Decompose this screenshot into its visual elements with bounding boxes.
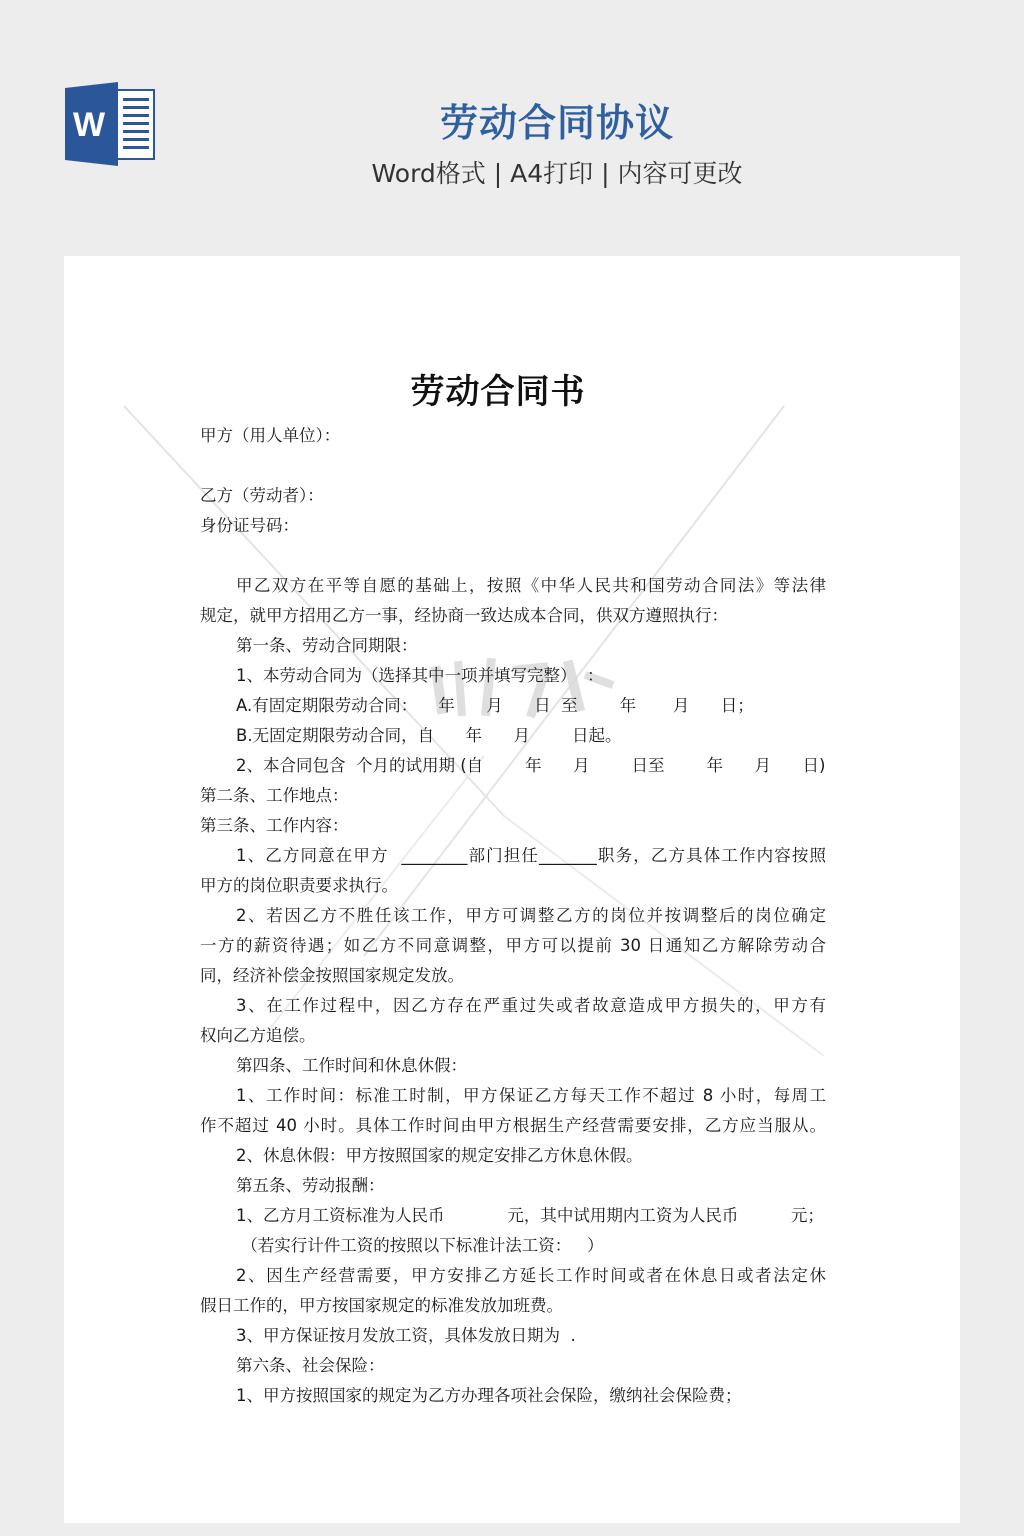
article-6-heading: 第六条、社会保险： [200, 1351, 826, 1381]
article-3-item-3: 3、在工作过程中，因乙方存在严重过失或者故意造成甲方损失的，甲方有 [200, 991, 826, 1021]
blank-line [200, 541, 826, 571]
article-5-item-1: 1、乙方月工资标准为人民币 元，其中试用期内工资为人民币 元； [200, 1201, 826, 1231]
header-title: 劳动合同协议 [300, 92, 814, 147]
article-5-heading: 第五条、劳动报酬： [200, 1171, 826, 1201]
party-b-line: 乙方（劳动者）： [200, 481, 826, 511]
document-body: 甲方（用人单位）： 乙方（劳动者）： 身份证号码： 甲乙双方在平等自愿的基础上，… [200, 421, 826, 1411]
svg-text:W: W [73, 106, 106, 144]
article-1-option-b: B.无固定期限劳动合同，自 年 月 日起。 [200, 721, 826, 751]
article-6-item-1: 1、甲方按照国家的规定为乙方办理各项社会保险，缴纳社会保险费； [200, 1381, 826, 1411]
article-3-item-2-cont-2: 同，经济补偿金按照国家规定发放。 [200, 961, 826, 991]
header-subtitle: Word格式 | A4打印 | 内容可更改 [300, 154, 814, 190]
article-1-heading: 第一条、劳动合同期限： [200, 631, 826, 661]
article-1-item-1: 1、本劳动合同为（选择其中一项并填写完整） ： [200, 661, 826, 691]
preamble-line-2: 规定，就甲方招用乙方一事，经协商一致达成本合同，供双方遵照执行： [200, 601, 826, 631]
article-4-item-2: 2、休息休假：甲方按照国家的规定安排乙方休息休假。 [200, 1141, 826, 1171]
article-4-item-1: 1、工作时间：标准工时制，甲方保证乙方每天工作不超过 8 小时，每周工 [200, 1081, 826, 1111]
article-3-item-2: 2、若因乙方不胜任该工作，甲方可调整乙方的岗位并按调整后的岗位确定 [200, 901, 826, 931]
preamble-line-1: 甲乙双方在平等自愿的基础上，按照《中华人民共和国劳动合同法》等法律 [200, 571, 826, 601]
article-3-item-2-cont: 一方的薪资待遇；如乙方不同意调整，甲方可以提前 30 日通知乙方解除劳动合 [200, 931, 826, 961]
article-5-item-1-note: （若实行计件工资的按照以下标准计法工资： ） [200, 1231, 826, 1261]
blank-line [200, 451, 826, 481]
article-3-item-3-cont: 权向乙方追偿。 [200, 1021, 826, 1051]
article-2-heading: 第二条、工作地点： [200, 781, 826, 811]
article-4-item-1-cont: 作不超过 40 小时。具体工作时间由甲方根据生产经营需要安排，乙方应当服从。 [200, 1111, 826, 1141]
article-4-heading: 第四条、工作时间和休息休假： [200, 1051, 826, 1081]
word-document-icon: W [65, 82, 155, 166]
party-a-line: 甲方（用人单位）： [200, 421, 826, 451]
article-5-item-2-cont: 假日工作的，甲方按国家规定的标准发放加班费。 [200, 1291, 826, 1321]
article-1-item-2: 2、本合同包含 个月的试用期 (自 年 月 日至 年 月 日) [200, 751, 826, 781]
document-page: 劳动合同书 甲方（用人单位）： 乙方（劳动者）： 身份证号码： 甲乙双方在平等自… [64, 256, 960, 1523]
document-title: 劳动合同书 [64, 364, 932, 413]
article-1-option-a: A.有固定期限劳动合同： 年 月 日 至 年 月 日； [200, 691, 826, 721]
id-number-line: 身份证号码： [200, 511, 826, 541]
article-3-item-1: 1、乙方同意在甲方 ________部门担任_______职务，乙方具体工作内容… [200, 841, 826, 871]
article-3-heading: 第三条、工作内容： [200, 811, 826, 841]
article-5-item-3: 3、甲方保证按月发放工资，具体发放日期为 . [200, 1321, 826, 1351]
article-5-item-2: 2、因生产经营需要，甲方安排乙方延长工作时间或者在休息日或者法定休 [200, 1261, 826, 1291]
article-3-item-1-cont: 甲方的岗位职责要求执行。 [200, 871, 826, 901]
